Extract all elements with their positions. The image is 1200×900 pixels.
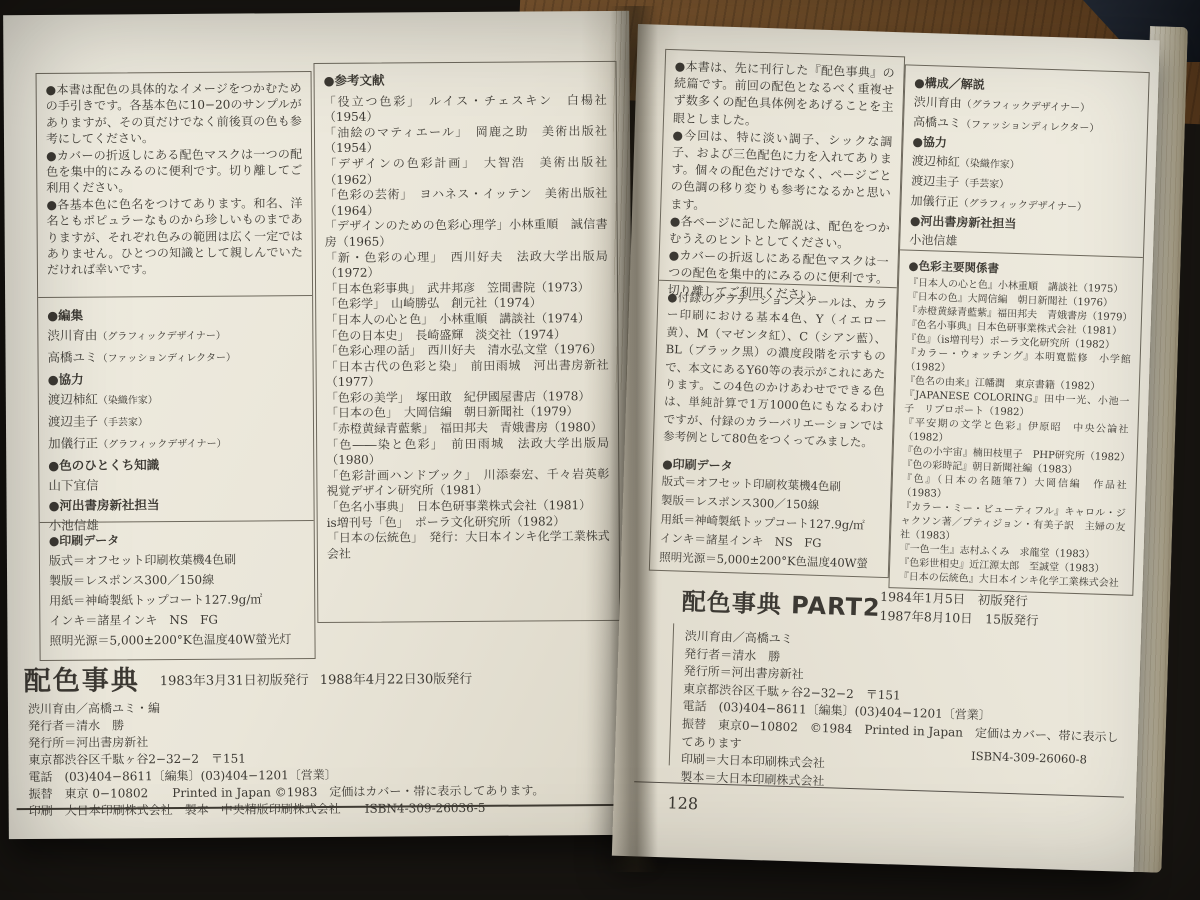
credit-line: 渡辺柿紅（染織作家） — [48, 388, 304, 412]
colophon-line: 印刷 大日本印刷株式会社 製本 中央精版印刷株式会社 ISBN4-309-260… — [29, 799, 623, 820]
credit-line: ●協力 — [48, 368, 304, 390]
reference-entry: 「色名小事典」 日本色研事業株式会社（1981） — [327, 498, 610, 516]
edition-date-line: 1987年8月10日 15版発行 — [879, 606, 1039, 630]
credit-line: ●編集 — [47, 304, 303, 326]
reference-entry: 「油絵のマティエール」 岡鹿之助 美術出版社（1954） — [324, 124, 607, 157]
intro-paragraph: ●本書は配色の具体的なイメージをつかむための手引きです。各基本色に10−20のサ… — [46, 80, 302, 147]
page-number: 128 — [667, 793, 698, 813]
intro-paragraph: ●カバーの折返しにある配色マスクは一つの配色を集中的にみるのに便利です。切り離し… — [46, 146, 302, 197]
reference-entry: 「日本色彩事典」 武井邦彦 笠間書院（1973） — [325, 280, 608, 298]
right-intro-section: ●本書は、先に刊行した『配色事典』の続篇です。前回の配色となるべく重複せず数多く… — [659, 50, 904, 287]
print-data-line: 用紙＝神崎製紙トップコート127.9g/㎡ — [49, 589, 305, 611]
right-right-column-box: ●構成／解説渋川育由（グラフィックデザイナー）高橋ユミ（ファッションディレクター… — [888, 64, 1149, 595]
reference-entry: 「日本の伝統色」 発行：大日本インキ化学工業株式会社 — [327, 529, 610, 562]
related-books-list: 『日本人の心と色』小林重順 講談社（1975）『日本の色』大岡信編 朝日新聞社（… — [899, 277, 1134, 592]
related-books-section: ●色彩主要関係書 『日本人の心と色』小林重順 講談社（1975）『日本の色』大岡… — [889, 249, 1143, 595]
right-edition-dates: 1984年1月5日 初版発行1987年8月10日 15版発行 — [879, 587, 1039, 630]
intro-paragraph: ●今回は、特に淡い調子、シックな調子、および三色配色に力を入れてあります。個々の… — [670, 127, 893, 220]
print-data-title: ●印刷データ — [49, 529, 305, 551]
gradation-note: ●付録のグラデーションスケールは、カラー印刷における基本4色、Y（イエロー黄）、… — [663, 289, 888, 452]
intro-paragraph: ●各基本色に色名をつけてあります。和名、洋名ともポピュラーなものから珍しいものま… — [46, 195, 303, 279]
credit-line: 加儀行正（グラフィックデザイナー） — [48, 432, 304, 456]
intro-section: ●本書は配色の具体的なイメージをつかむための手引きです。各基本色に10−20のサ… — [37, 72, 313, 297]
reference-entry: 「役立つ色彩」 ルイス・チェスキン 白楊社（1954） — [324, 93, 607, 126]
staff-section: ●構成／解説渋川育由（グラフィックデザイナー）高橋ユミ（ファッションディレクター… — [900, 65, 1149, 257]
credit-line: 渡辺圭子（手芸家） — [48, 410, 304, 434]
book-entry: 『カラー・ミー・ビューティフル』キャロル・ジャクソン著／プティジョン・有美子訳 … — [900, 501, 1126, 550]
credit-line: 山下宜信 — [48, 474, 304, 496]
print-data-section: ●印刷データ 版式＝オフセット印刷枚葉機4色刷製版＝レスポンス300／150線用… — [40, 520, 315, 660]
references-section: ●参考文献 「役立つ色彩」 ルイス・チェスキン 白楊社（1954）「油絵のマティ… — [314, 62, 619, 571]
references-list: 「役立つ色彩」 ルイス・チェスキン 白楊社（1954）「油絵のマティエール」 岡… — [324, 93, 610, 563]
credit-line: ●色のひとくち知識 — [48, 454, 304, 476]
print-data-line: インキ＝諸星インキ NS FG — [49, 609, 305, 631]
credit-line: 高橋ユミ（ファッションディレクター） — [47, 346, 303, 370]
reference-entry: 「日本古代の色彩と染」 前田雨城 河出書房新社（1977） — [326, 358, 609, 391]
credit-line: ●河出書房新社担当 — [48, 494, 304, 516]
book-photo: { "left_page": { "intro_box": { "paragra… — [0, 0, 1200, 900]
right-colophon-left-border — [669, 623, 674, 765]
left-colophon-lines: 渋川育由／高橋ユミ・編発行者＝清水 勝発行所＝河出書房新社東京都渋谷区千駄ヶ谷2… — [28, 697, 623, 820]
right-colophon-lines: 渋川育由／高橋ユミ発行者＝清水 勝発行所＝河出書房新社東京都渋谷区千駄ヶ谷2−3… — [680, 628, 1133, 800]
print-data-lines: 版式＝オフセット印刷枚葉機4色刷製版＝レスポンス300／150線用紙＝神崎製紙ト… — [49, 549, 306, 651]
right-book-page: ●本書は、先に刊行した『配色事典』の続篇です。前回の配色となるべく重複せず数多く… — [612, 24, 1160, 872]
left-latest-edition-date: 1988年4月22日30版発行 — [320, 668, 473, 688]
print-data-line: 照明光源＝5,000±200°K色温度40W螢光灯 — [49, 629, 305, 651]
print-data-line: 版式＝オフセット印刷枚葉機4色刷 — [49, 549, 305, 571]
intro-paragraph: ●本書は、先に刊行した『配色事典』の続篇です。前回の配色となるべく重複せず数多く… — [673, 58, 895, 134]
reference-entry: 「新・色彩の心理」 西川好夫 法政大学出版局（1972） — [325, 249, 608, 282]
right-colophon-title: 配色事典 PART2 — [681, 582, 881, 623]
left-colophon-title: 配色事典 — [24, 658, 140, 698]
left-first-edition-date: 1983年3月31日初版発行 — [160, 669, 309, 689]
credits-section: ●編集渋川育由（グラフィックデザイナー）高橋ユミ（ファッションディレクター）●協… — [38, 295, 314, 522]
print-data-lines: 版式＝オフセット印刷枚葉機4色刷製版＝レスポンス300／150線用紙＝神崎製紙ト… — [658, 472, 881, 579]
gradation-and-print-section: ●付録のグラデーションスケールは、カラー印刷における基本4色、Y（イエロー黄）、… — [650, 280, 897, 578]
right-left-column-box: ●本書は、先に刊行した『配色事典』の続篇です。前回の配色となるべく重複せず数多く… — [649, 49, 905, 578]
credit-line: 渋川育由（グラフィックデザイナー） — [47, 324, 303, 348]
reference-entry: 「デザインのための色彩心理学」小林重順 誠信書房（1965） — [325, 217, 608, 250]
left-book-page: ●本書は配色の具体的なイメージをつかむための手引きです。各基本色に10−20のサ… — [3, 11, 635, 839]
reference-entry: 「色彩計画ハンドブック」 川添泰宏、千々岩英彰 視覚デザイン研究所（1981） — [326, 467, 609, 500]
references-title: ●参考文献 — [324, 71, 607, 89]
reference-entry: 「色――染と色彩」 前田雨城 法政大学出版局（1980） — [326, 436, 609, 469]
references-box: ●参考文献 「役立つ色彩」 ルイス・チェスキン 白楊社（1954）「油絵のマティ… — [313, 61, 620, 623]
reference-entry: 「色彩の芸術」 ヨハネス・イッテン 美術出版社（1964） — [324, 186, 607, 219]
print-data-line: 製版＝レスポンス300／150線 — [49, 569, 305, 591]
related-books-title: ●色彩主要関係書 — [908, 259, 1133, 280]
left-column-box: ●本書は配色の具体的なイメージをつかむための手引きです。各基本色に10−20のサ… — [36, 71, 316, 661]
reference-entry: 「デザインの色彩計画」 大智浩 美術出版社（1962） — [324, 155, 607, 188]
